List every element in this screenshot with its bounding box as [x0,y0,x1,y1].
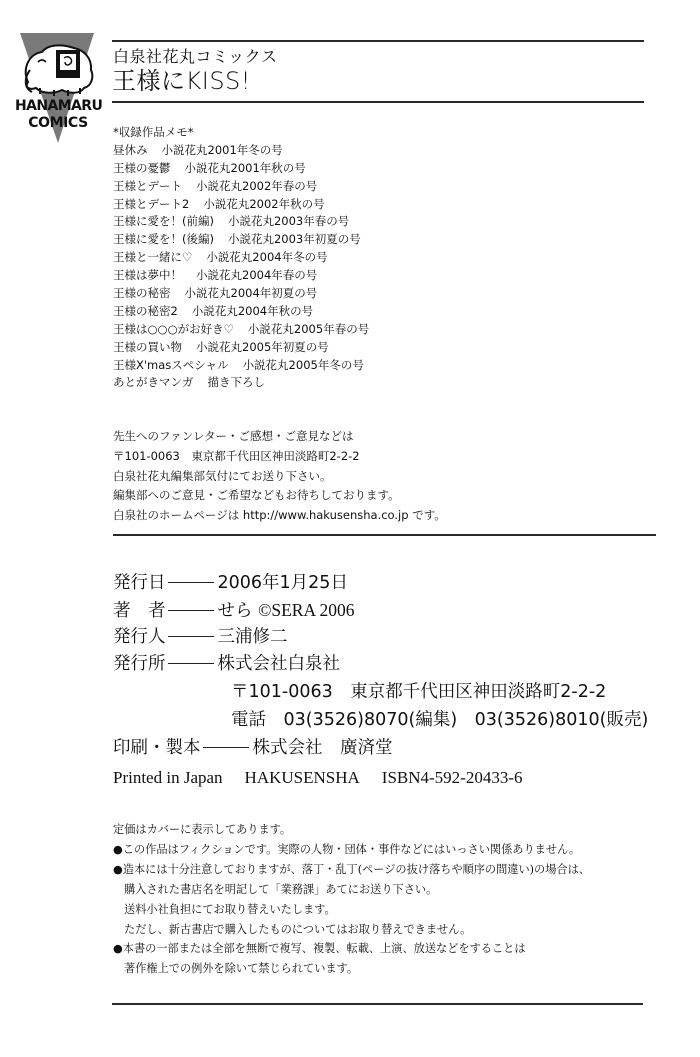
isbn: ISBN4-592-20433-6 [382,768,523,787]
work-title: 王様の秘密2 [113,304,178,318]
author-label: 著 者 [113,598,166,624]
work-title: 王様は○○○がお好き♡ [113,322,234,336]
publisher-en: HAKUSENSHA [245,768,360,787]
publisher-person-label: 発行人 [113,624,166,650]
work-source: 小説花丸2005年春の号 [248,322,369,336]
defect-note-continued: ただし、新古書店で購入したものについてはお取り替えできません。 [113,920,590,940]
author-copyright: ©SERA 2006 [258,600,354,620]
copyright-note-continued: 著作権上での例外を除いて禁じられています。 [113,959,590,979]
series-name: 白泉社花丸コミックス [113,47,278,67]
work-title: 王様とデート [113,179,182,193]
work-title: 王様に愛を！(後編) [113,232,214,246]
hanamaru-comics-logo: HANAMARU COMICS [18,30,98,146]
colophon-publish-date: 発行日2006年1月25日 [113,570,348,596]
work-title: あとがきマンガ [113,375,194,389]
work-source: 小説花丸2005年冬の号 [243,358,364,372]
work-item: 王様の秘密2小説花丸2004年秋の号 [113,303,369,321]
work-source: 描き下ろし [208,375,266,389]
defect-note: ●造本には十分注意しておりますが、落丁・乱丁(ページの抜け落ちや順序の間違い)の… [113,860,590,880]
work-source: 小説花丸2001年冬の号 [162,143,283,157]
work-title: 王様とデート2 [113,197,189,211]
works-memo: *収録作品メモ* 昼休み小説花丸2001年冬の号 王様の憂鬱小説花丸2001年秋… [113,124,369,392]
work-item: 王様は○○○がお好き♡小説花丸2005年春の号 [113,321,369,339]
printed-in: Printed in Japan [113,768,223,787]
price-note: 定価はカバーに表示してあります。 [113,820,590,840]
fan-letter-line: 先生へのファンレター・ご感想・ご意見などは [113,427,446,447]
work-source: 小説花丸2005年初夏の号 [196,340,329,354]
work-source: 小説花丸2003年初夏の号 [228,232,361,246]
work-item: 王様とデート2小説花丸2002年秋の号 [113,196,369,214]
defect-note-continued: 送料小社負担にてお取り替えいたします。 [113,900,590,920]
work-title: 王様は夢中！ [113,268,182,282]
legal-notes: 定価はカバーに表示してあります。 ●この作品はフィクションです。実際の人物・団体… [113,820,590,979]
colophon-author: 著 者せら ©SERA 2006 [113,597,355,623]
colophon-publisher: 発行所株式会社白泉社 [113,651,340,677]
works-memo-heading: *収録作品メモ* [113,124,369,142]
work-item: 王様と一緒に♡小説花丸2004年冬の号 [113,249,369,267]
work-item: 昼休み小説花丸2001年冬の号 [113,142,369,160]
leader-dash [203,747,249,748]
header-bottom-rule [112,101,644,103]
section-divider-rule [113,534,656,536]
logo-text-comics: COMICS [18,115,98,131]
work-source: 小説花丸2004年冬の号 [206,250,327,264]
fiction-note: ●この作品はフィクションです。実際の人物・団体・事件などにはいっさい関係ありませ… [113,840,590,860]
fan-letter-homepage: 白泉社のホームページは http://www.hakusensha.co.jp … [113,506,446,526]
publisher-person-value: 三浦修二 [218,627,288,647]
work-title: 王様の買い物 [113,340,182,354]
work-source: 小説花丸2001年秋の号 [185,161,306,175]
work-title: 王様の憂鬱 [113,161,171,175]
publisher-value: 株式会社白泉社 [218,654,341,674]
colophon-printed-line: Printed in JapanHAKUSENSHAISBN4-592-2043… [113,765,523,791]
work-title: 王様の秘密 [113,286,171,300]
publisher-address: 〒101-0063 東京都千代田区神田淡路町2-2-2 [231,679,606,705]
work-item: 王様の秘密小説花丸2004年初夏の号 [113,285,369,303]
work-title: 王様X'masスペシャル [113,358,229,372]
work-source: 小説花丸2003年春の号 [228,214,349,228]
work-item: 王様X'masスペシャル小説花丸2005年冬の号 [113,357,369,375]
work-item: 王様は夢中！小説花丸2004年春の号 [113,267,369,285]
work-item: 王様の憂鬱小説花丸2001年秋の号 [113,160,369,178]
book-title: 王様にKISS! [112,66,251,96]
work-item: 王様に愛を！(後編)小説花丸2003年初夏の号 [113,231,369,249]
logo-text-hanamaru: HANAMARU [15,98,101,114]
leader-dash [168,582,214,583]
fan-letter-address: 〒101-0063 東京都千代田区神田淡路町2-2-2 [113,447,446,467]
publisher-phone: 電話 03(3526)8070(編集) 03(3526)8010(販売) [231,707,648,733]
header-top-rule [112,40,644,42]
fan-letter-info: 先生へのファンレター・ご感想・ご意見などは 〒101-0063 東京都千代田区神… [113,427,446,526]
leader-dash [168,610,214,611]
work-item: あとがきマンガ描き下ろし [113,374,369,392]
publish-date-value: 2006年1月25日 [218,573,348,593]
copyright-note: ●本書の一部または全部を無断で複写、複製、転載、上演、放送などをすることは [113,939,590,959]
author-value: せら [218,601,253,621]
work-source: 小説花丸2004年春の号 [196,268,317,282]
work-source: 小説花丸2002年秋の号 [203,197,324,211]
footer-rule [112,1003,643,1005]
work-source: 小説花丸2002年春の号 [196,179,317,193]
work-title: 昼休み [113,143,148,157]
printer-value: 株式会社 廣済堂 [253,738,393,758]
publisher-label: 発行所 [113,651,166,677]
work-item: 王様の買い物小説花丸2005年初夏の号 [113,339,369,357]
publish-date-label: 発行日 [113,570,166,596]
work-source: 小説花丸2004年秋の号 [192,304,313,318]
leader-dash [168,636,214,637]
work-title: 王様と一緒に♡ [113,250,192,264]
work-source: 小説花丸2004年初夏の号 [185,286,318,300]
leader-dash [168,663,214,664]
work-item: 王様とデート小説花丸2002年春の号 [113,178,369,196]
work-item: 王様に愛を！(前編)小説花丸2003年春の号 [113,213,369,231]
defect-note-continued: 購入された書店名を明記して「業務課」あてにお送り下さい。 [113,880,590,900]
work-title: 王様に愛を！(前編) [113,214,214,228]
printer-label: 印刷・製本 [113,735,201,761]
fan-letter-line: 白泉社花丸編集部気付にてお送り下さい。 [113,467,446,487]
colophon-publisher-person: 発行人三浦修二 [113,624,288,650]
colophon-printer: 印刷・製本株式会社 廣済堂 [113,735,393,761]
fan-letter-line: 編集部へのご意見・ご希望などもお待ちしております。 [113,486,446,506]
